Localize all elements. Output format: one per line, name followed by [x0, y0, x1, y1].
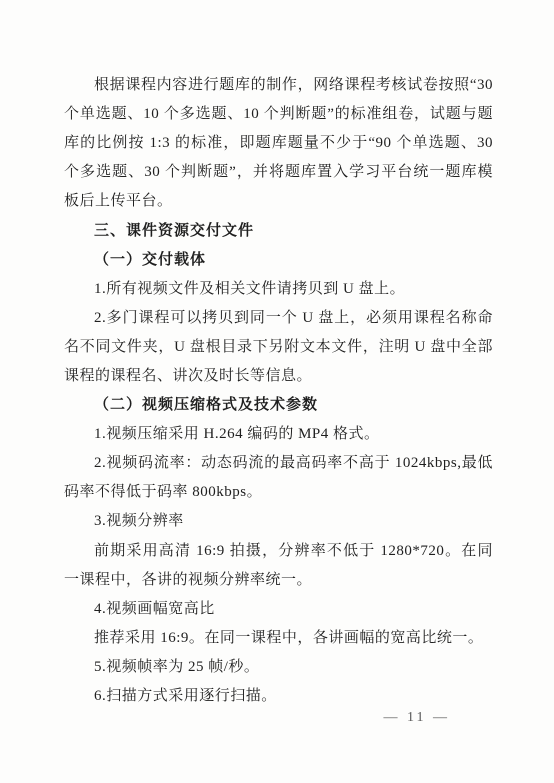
item-video-resolution: 3.视频分辨率	[64, 507, 493, 536]
note-resolution-detail: 前期采用高清 16:9 拍摄，分辨率不低于 1280*720。在同一课程中，各讲…	[64, 537, 493, 595]
item-scan-mode: 6.扫描方式采用逐行扫描。	[64, 682, 493, 711]
document-body: 根据课程内容进行题库的制作，网络课程考核试卷按照“30 个单选题、10 个多选题…	[64, 71, 493, 711]
item-frame-rate: 5.视频帧率为 25 帧/秒。	[64, 653, 493, 682]
heading-delivery-medium: （一）交付载体	[64, 246, 493, 275]
item-video-codec: 1.视频压缩采用 H.264 编码的 MP4 格式。	[64, 420, 493, 449]
paragraph-question-bank: 根据课程内容进行题库的制作，网络课程考核试卷按照“30 个单选题、10 个多选题…	[64, 71, 493, 216]
item-aspect-ratio: 4.视频画幅宽高比	[64, 595, 493, 624]
page-number: — 11 —	[384, 708, 450, 728]
item-multiple-courses-usb: 2.多门课程可以拷贝到同一个 U 盘上，必须用课程名称命名不同文件夹，U 盘根目…	[64, 304, 493, 391]
heading-video-format-params: （二）视频压缩格式及技术参数	[64, 391, 493, 420]
item-copy-files-to-usb: 1.所有视频文件及相关文件请拷贝到 U 盘上。	[64, 275, 493, 304]
heading-section-3-deliverables: 三、课件资源交付文件	[64, 216, 493, 245]
item-video-bitrate: 2.视频码流率：动态码流的最高码率不高于 1024kbps,最低码率不得低于码率…	[64, 449, 493, 507]
document-page: 根据课程内容进行题库的制作，网络课程考核试卷按照“30 个单选题、10 个多选题…	[0, 0, 554, 783]
note-aspect-ratio-detail: 推荐采用 16:9。在同一课程中，各讲画幅的宽高比统一。	[64, 624, 493, 653]
